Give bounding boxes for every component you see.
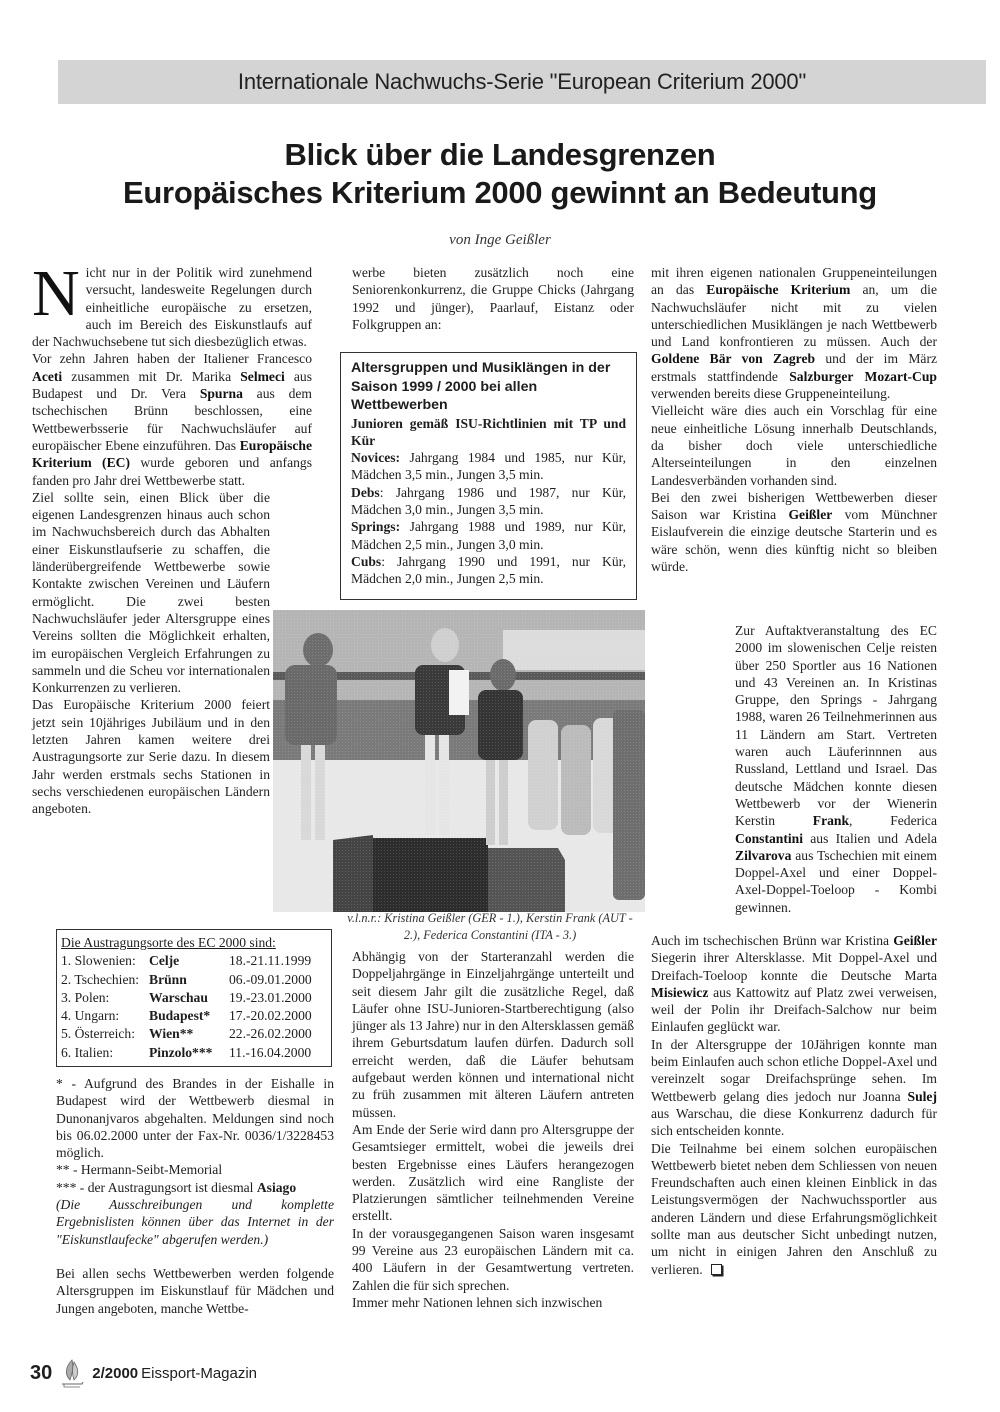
column-1: Nicht nur in der Politik wird zunehmend …: [32, 264, 312, 818]
paragraph: Abhängig von der Starteranzahl werden di…: [352, 948, 634, 1121]
paragraph: Ziel sollte sein, einen Blick über die e…: [32, 489, 270, 697]
venue-row: 2. Tschechien:Brünn06.-09.01.2000: [61, 971, 327, 989]
column-3: mit ihren eigenen nationalen Gruppeneint…: [651, 264, 937, 575]
column-2: werbe bieten zusätzlich noch eine Senior…: [352, 264, 634, 333]
photo-caption: v.l.n.r.: Kristina Geißler (GER - 1.), K…: [340, 910, 640, 944]
title-line-1: Blick über die Landesgrenzen: [0, 136, 1000, 174]
footnotes: * - Aufgrund des Brandes in der Eishalle…: [56, 1075, 334, 1317]
juniors-line: Junioren gemäß ISU-Richtlinien mit TP un…: [351, 415, 626, 450]
paragraph: In der Altersgruppe der 10Jährigen konnt…: [651, 1036, 937, 1140]
byline: von Inge Geißler: [0, 232, 1000, 249]
dropcap: N: [32, 268, 80, 320]
paragraph: Bei allen sechs Wettbewerben werden folg…: [56, 1265, 334, 1317]
venue-row: 5. Österreich:Wien**22.-26.02.2000: [61, 1025, 327, 1043]
venue-row: 4. Ungarn:Budapest*17.-20.02.2000: [61, 1007, 327, 1025]
intro-paragraph: Nicht nur in der Politik wird zunehmend …: [32, 264, 312, 350]
venue-row: 6. Italien:Pinzolo***11.-16.04.2000: [61, 1044, 327, 1062]
paragraph: Die Teilnahme bei einem solchen europäis…: [651, 1140, 937, 1278]
column-2-lower: Abhängig von der Starteranzahl werden di…: [352, 948, 634, 1311]
magazine-name: Eissport-Magazin: [141, 1365, 257, 1382]
venues-heading: Die Austragungsorte des EC 2000 sind:: [61, 934, 327, 952]
footnote-1: * - Aufgrund des Brandes in der Eishalle…: [56, 1075, 334, 1161]
internet-note: (Die Ausschreibungen und komplette Ergeb…: [56, 1196, 334, 1248]
age-group-debs: Debs: Jahrgang 1986 und 1987, nur Kür, M…: [351, 484, 626, 519]
paragraph: Bei den zwei bisherigen Wettbewerben die…: [651, 489, 937, 575]
section-banner: Internationale Nachwuchs-Serie "European…: [58, 60, 986, 104]
podium-photo: [273, 610, 645, 912]
age-group-novices: Novices: Jahrgang 1984 und 1985, nur Kür…: [351, 449, 626, 484]
paragraph: Immer mehr Nationen lehnen sich inzwisch…: [352, 1294, 634, 1311]
age-groups-heading: Altersgruppen und Musiklängen in der Sai…: [351, 359, 626, 415]
age-group-cubs: Cubs: Jahrgang 1990 und 1991, nur Kür, M…: [351, 553, 626, 588]
footnote-2: ** - Hermann-Seibt-Memorial: [56, 1161, 334, 1178]
venue-row: 3. Polen:Warschau19.-23.01.2000: [61, 989, 327, 1007]
paragraph: Vielleicht wäre dies auch ein Vorschlag …: [651, 402, 937, 488]
end-of-article-icon: [711, 1264, 722, 1275]
paragraph: Am Ende der Serie wird dann pro Altersgr…: [352, 1121, 634, 1225]
paragraph: In der vorausgegangenen Saison waren ins…: [352, 1225, 634, 1294]
section-banner-text: Internationale Nachwuchs-Serie "European…: [238, 69, 806, 95]
footnote-3: *** - der Austragungsort ist diesmal Asi…: [56, 1179, 334, 1196]
title-line-2: Europäisches Kriterium 2000 gewinnt an B…: [0, 174, 1000, 212]
age-groups-box: Altersgruppen und Musiklängen in der Sai…: [340, 352, 637, 600]
venue-row: 1. Slowenien:Celje18.-21.11.1999: [61, 952, 327, 970]
page-number: 30: [30, 1362, 52, 1385]
age-group-springs: Springs: Jahrgang 1988 und 1989, nur Kür…: [351, 518, 626, 553]
skate-leaf-logo-icon: [58, 1358, 86, 1388]
column-3-lower: Auch im tschechischen Brünn war Kristina…: [651, 932, 937, 1278]
paragraph: werbe bieten zusätzlich noch eine Senior…: [352, 264, 634, 333]
podium-photo-image: [273, 610, 645, 912]
article-title: Blick über die Landesgrenzen Europäische…: [0, 136, 1000, 212]
page-footer: 30 2/2000 Eissport-Magazin: [30, 1358, 257, 1388]
paragraph: Zur Auftaktveranstaltung des EC 2000 im …: [735, 622, 937, 916]
issue-number: 2/2000: [92, 1365, 138, 1382]
venues-box: Die Austragungsorte des EC 2000 sind: 1.…: [56, 929, 332, 1067]
paragraph: Das Europäische Kriterium 2000 feiert je…: [32, 696, 270, 817]
paragraph: Vor zehn Jahren haben der Italiener Fran…: [32, 350, 312, 488]
paragraph: Auch im tschechischen Brünn war Kristina…: [651, 932, 937, 1036]
column-3-beside-photo: Zur Auftaktveranstaltung des EC 2000 im …: [735, 622, 937, 916]
paragraph: mit ihren eigenen nationalen Gruppeneint…: [651, 264, 937, 402]
